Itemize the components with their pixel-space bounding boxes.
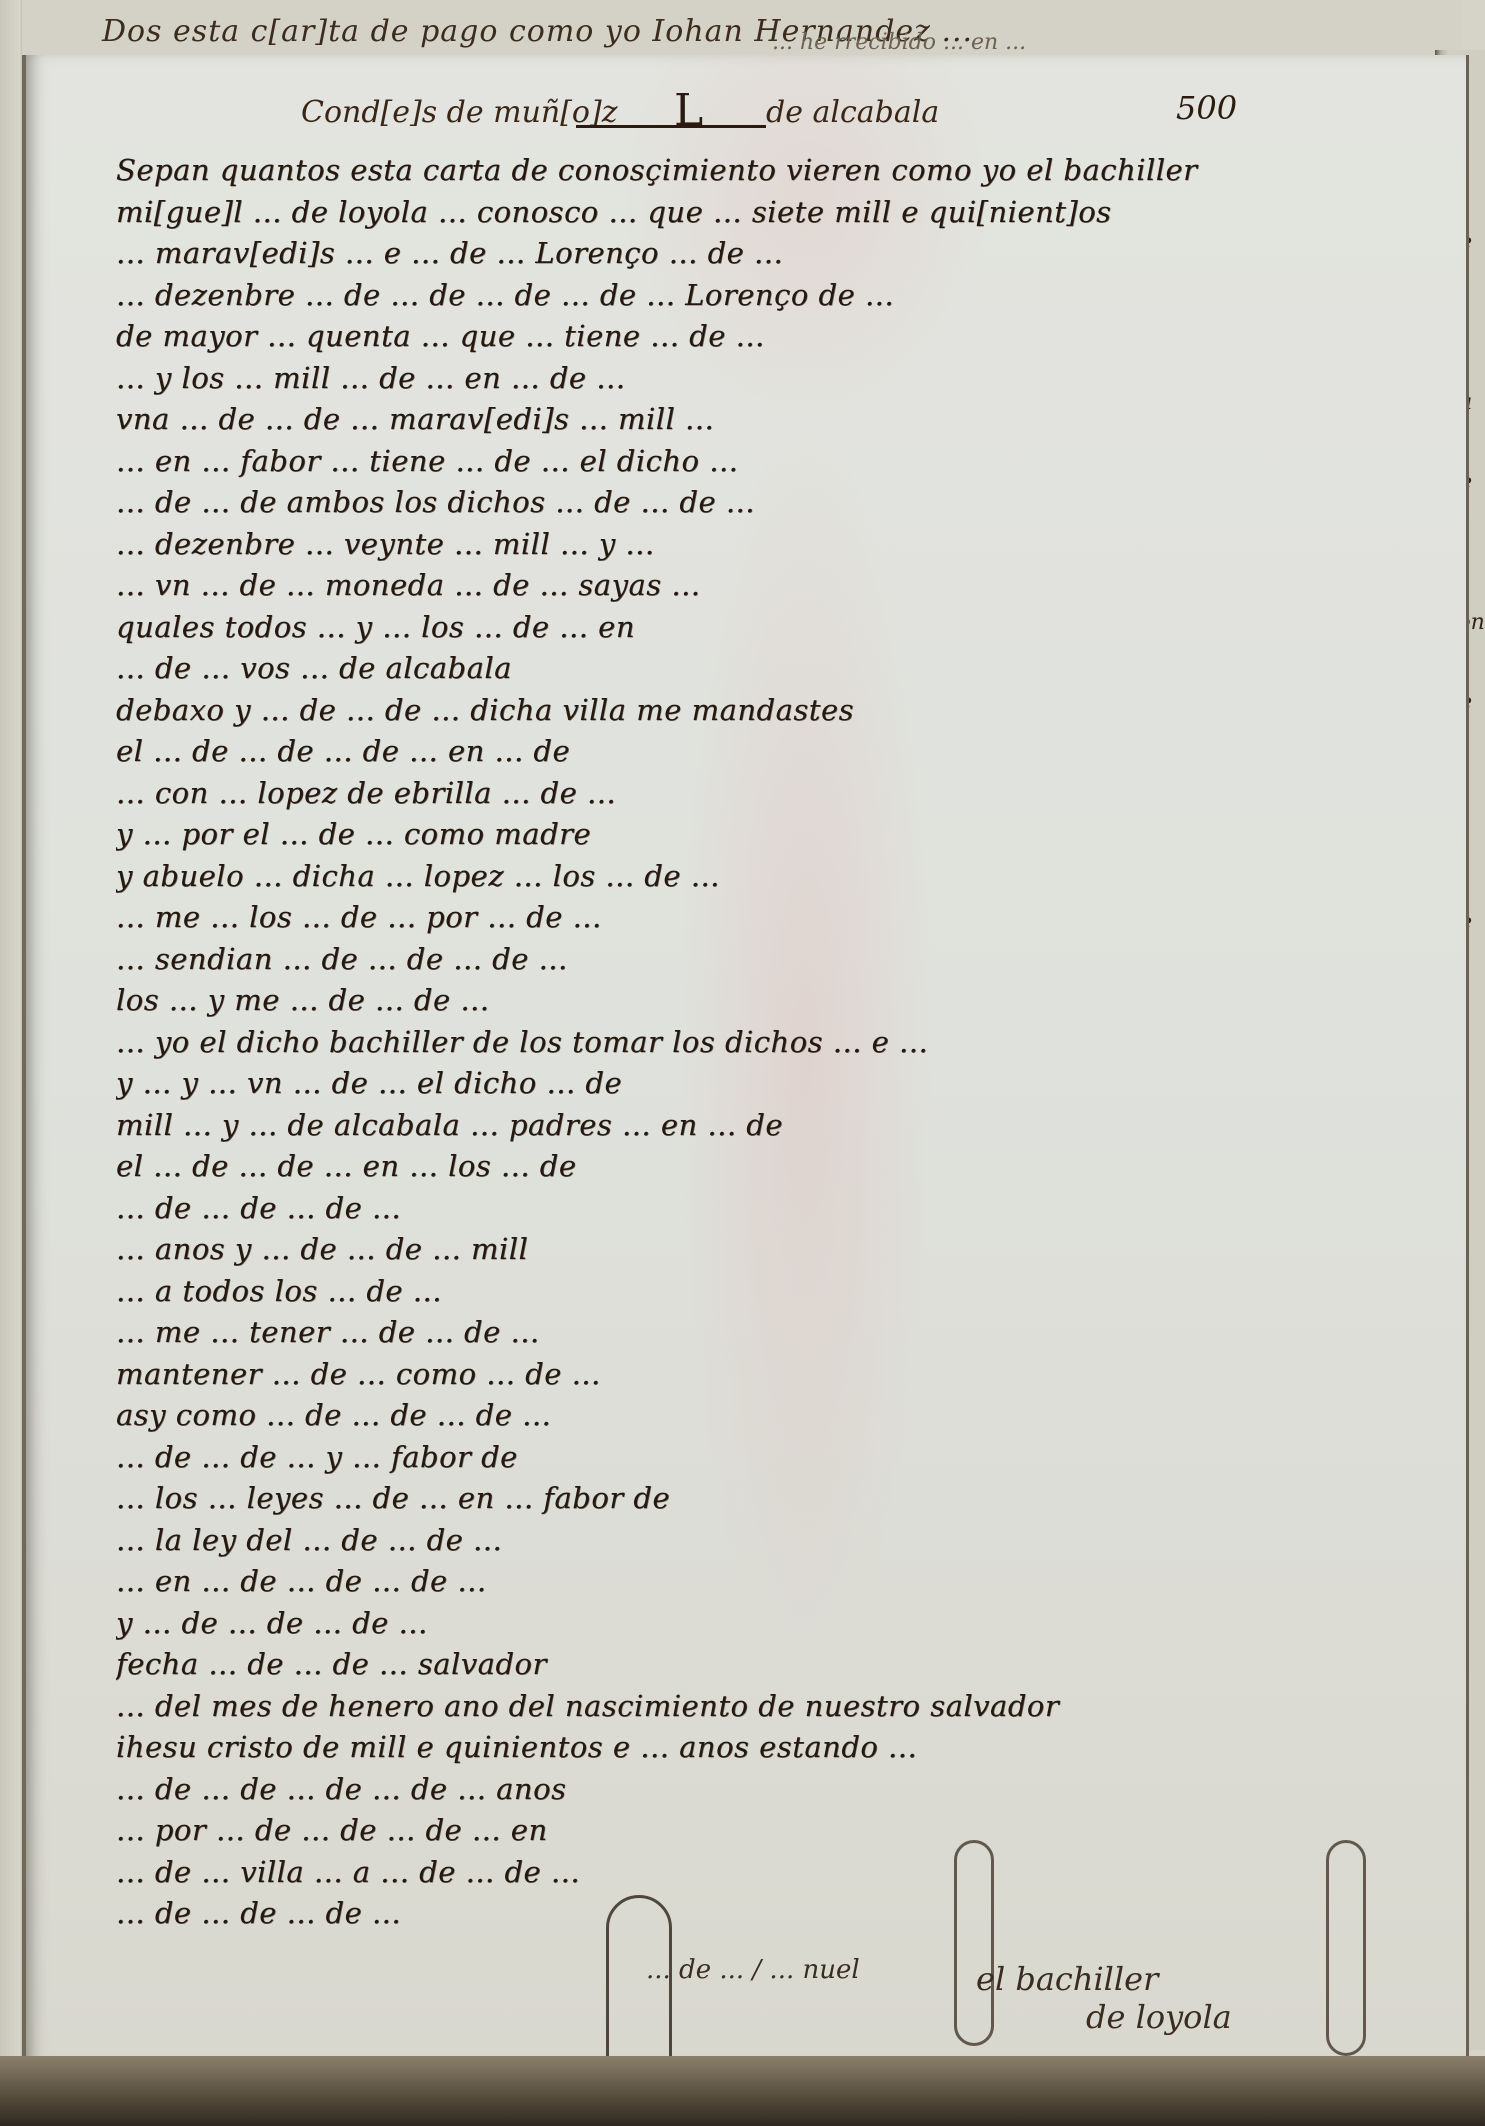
manuscript-line: ihesu cristo de mill e quinientos e ... …: [116, 1727, 1426, 1769]
signature-line-2: de loyola: [1086, 1998, 1232, 2036]
header-title-right: de alcabala: [766, 95, 939, 130]
manuscript-line: ... del mes de henero ano del nascimient…: [116, 1686, 1426, 1728]
manuscript-line: y ... y ... vn ... de ... el dicho ... d…: [116, 1063, 1426, 1105]
signature-block: ... de ... / ... nuel el bachiller de lo…: [26, 1875, 1466, 2055]
manuscript-line: ... yo el dicho bachiller de los tomar l…: [116, 1022, 1426, 1064]
notary-signature-text: ... de ... / ... nuel: [646, 1955, 860, 1985]
manuscript-line: ... me ... tener ... de ... de ...: [116, 1312, 1426, 1354]
manuscript-folio: Cond[e]s de muñ[o]z L de alcabala 500 Se…: [22, 55, 1469, 2067]
manuscript-line: ... sendian ... de ... de ... de ...: [116, 939, 1426, 981]
binding-shadow: [0, 2056, 1485, 2126]
manuscript-line: ... marav[edi]s ... e ... de ... Lorenço…: [116, 233, 1426, 275]
header-title-left: Cond[e]s de muñ[o]z: [301, 95, 618, 130]
manuscript-line: ... con ... lopez de ebrilla ... de ...: [116, 773, 1426, 815]
manuscript-line: ... de ... de ... de ... de ... anos: [116, 1769, 1426, 1811]
manuscript-line: mill ... y ... de alcabala ... padres ..…: [116, 1105, 1426, 1147]
manuscript-line: y ... de ... de ... de ...: [116, 1603, 1426, 1645]
manuscript-line: el ... de ... de ... de ... en ... de: [116, 731, 1426, 773]
rubric-flourish-icon: [1326, 1840, 1366, 2056]
manuscript-line: vna ... de ... de ... marav[edi]s ... mi…: [116, 399, 1426, 441]
bachiller-signature: el bachiller de loyola: [976, 1960, 1232, 2036]
manuscript-line: ... y los ... mill ... de ... en ... de …: [116, 358, 1426, 400]
signature-line-1: el bachiller: [976, 1960, 1158, 1998]
header-rule: [576, 125, 766, 128]
manuscript-line: Sepan quantos esta carta de conosçimient…: [116, 150, 1426, 192]
folio-number: 500: [1176, 89, 1237, 127]
manuscript-line: mi[gue]l ... de loyola ... conosco ... q…: [116, 192, 1426, 234]
manuscript-line: ... de ... de ... de ...: [116, 1188, 1426, 1230]
manuscript-line: ... a todos los ... de ...: [116, 1271, 1426, 1313]
manuscript-line: los ... y me ... de ... de ...: [116, 980, 1426, 1022]
manuscript-line: ... los ... leyes ... de ... en ... fabo…: [116, 1478, 1426, 1520]
folio-header: Cond[e]s de muñ[o]z L de alcabala 500: [26, 85, 1466, 145]
manuscript-line: ... en ... fabor ... tiene ... de ... el…: [116, 441, 1426, 483]
manuscript-line: ... anos y ... de ... de ... mill: [116, 1229, 1426, 1271]
manuscript-line: quales todos ... y ... los ... de ... en: [116, 607, 1426, 649]
rubric-flourish-icon: [954, 1840, 994, 2046]
manuscript-line: ... de ... vos ... de alcabala: [116, 648, 1426, 690]
manuscript-line: y ... por el ... de ... como madre: [116, 814, 1426, 856]
manuscript-line: fecha ... de ... de ... salvador: [116, 1644, 1426, 1686]
manuscript-line: ... la ley del ... de ... de ...: [116, 1520, 1426, 1562]
manuscript-line: mantener ... de ... como ... de ...: [116, 1354, 1426, 1396]
underlying-page-strip: Dos esta c[ar]ta de pago como yo Iohan H…: [22, 0, 1462, 62]
manuscript-line: ... dezenbre ... de ... de ... de ... de…: [116, 275, 1426, 317]
manuscript-line: ... dezenbre ... veynte ... mill ... y .…: [116, 524, 1426, 566]
manuscript-line: ... vn ... de ... moneda ... de ... saya…: [116, 565, 1426, 607]
manuscript-line: asy como ... de ... de ... de ...: [116, 1395, 1426, 1437]
notary-signature: ... de ... / ... nuel: [646, 1955, 860, 1985]
manuscript-line: debaxo y ... de ... de ... dicha villa m…: [116, 690, 1426, 732]
manuscript-line: ... me ... los ... de ... por ... de ...: [116, 897, 1426, 939]
header-center-mark: L: [674, 85, 703, 136]
manuscript-line: y abuelo ... dicha ... lopez ... los ...…: [116, 856, 1426, 898]
manuscript-line: ... por ... de ... de ... de ... en: [116, 1810, 1426, 1852]
manuscript-body: Sepan quantos esta carta de conosçimient…: [116, 150, 1426, 1935]
manuscript-line: de mayor ... quenta ... que ... tiene ..…: [116, 316, 1426, 358]
underlying-page-line-2: ... he rrecibido ... en ...: [772, 30, 1026, 55]
manuscript-line: ... de ... de ambos los dichos ... de ..…: [116, 482, 1426, 524]
manuscript-line: ... en ... de ... de ... de ...: [116, 1561, 1426, 1603]
manuscript-line: ... de ... de ... y ... fabor de: [116, 1437, 1426, 1479]
manuscript-line: el ... de ... de ... en ... los ... de: [116, 1146, 1426, 1188]
